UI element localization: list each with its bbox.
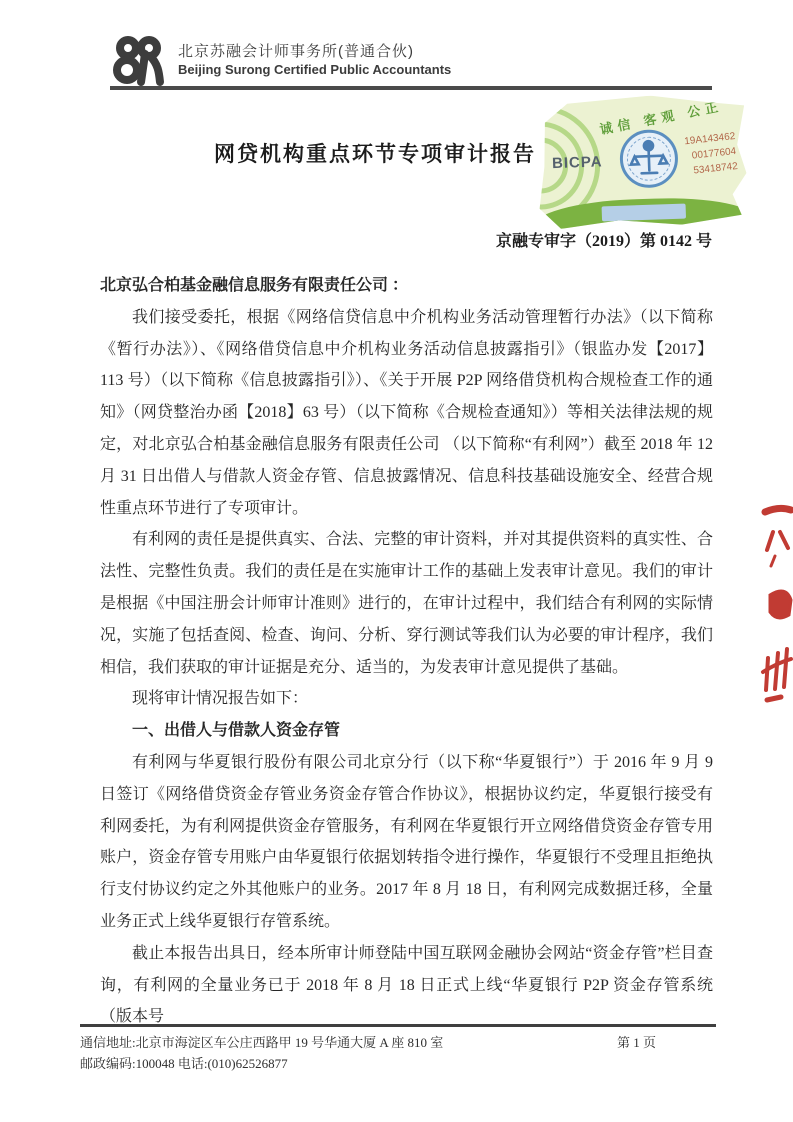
footer-contact-block: 通信地址:北京市海淀区车公庄西路甲 19 号华通大厦 A 座 810 室 邮政编… bbox=[80, 1032, 443, 1074]
report-title: 网贷机构重点环节专项审计报告 bbox=[60, 138, 690, 168]
header-divider bbox=[110, 86, 712, 90]
firm-logo-monogram-icon bbox=[112, 34, 168, 90]
stamp-serial-numbers: 19A143462 00177604 53418742 bbox=[684, 129, 740, 179]
page-footer: 通信地址:北京市海淀区车公庄西路甲 19 号华通大厦 A 座 810 室 邮政编… bbox=[80, 1024, 716, 1074]
footer-postal-phone: 邮政编码:100048 电话:(010)62526877 bbox=[80, 1053, 443, 1074]
paragraph-responsibility: 有利网的责任是提供真实、合法、完整的审计资料，并对其提供资料的真实性、合法性、完… bbox=[100, 524, 713, 683]
addressee-line: 北京弘合柏基金融信息服务有限责任公司 ： bbox=[100, 270, 713, 302]
firm-name-chinese: 北京苏融会计师事务所(普通合伙) bbox=[178, 40, 414, 61]
paragraph-engagement: 我们接受委托，根据《网络信贷信息中介机构业务活动管理暂行办法》（以下简称《暂行办… bbox=[100, 302, 713, 525]
firm-name-english: Beijing Surong Certified Public Accounta… bbox=[178, 62, 451, 77]
paragraph-custody-agreement: 有利网与华夏银行股份有限公司北京分行（以下称“华夏银行”）于 2016 年 9 … bbox=[100, 747, 713, 938]
paragraph-custody-verification: 截止本报告出具日，经本所审计师登陆中国互联网金融协会网站“资金存管”栏目查询，有… bbox=[100, 938, 713, 1033]
red-seal-fragments bbox=[753, 500, 793, 715]
audit-report-page: 北京苏融会计师事务所(普通合伙) Beijing Surong Certifie… bbox=[0, 0, 793, 1122]
paragraph-report-intro: 现将审计情况报告如下： bbox=[100, 683, 713, 715]
stamp-serial-3: 53418742 bbox=[693, 159, 739, 179]
report-body: 北京弘合柏基金融信息服务有限责任公司 ： 我们接受委托，根据《网络信贷信息中介机… bbox=[100, 270, 713, 1033]
red-seal-fragment-icon bbox=[753, 500, 793, 715]
page-number: 第 1 页 bbox=[617, 1032, 656, 1053]
document-reference-number: 京融专审字（2019）第 0142 号 bbox=[100, 228, 712, 251]
firm-logo bbox=[112, 34, 168, 90]
footer-address: 通信地址:北京市海淀区车公庄西路甲 19 号华通大厦 A 座 810 室 bbox=[80, 1032, 443, 1053]
stamp-band-label-box bbox=[602, 204, 686, 222]
section-heading-fund-custody: 一、出借人与借款人资金存管 bbox=[100, 715, 713, 747]
